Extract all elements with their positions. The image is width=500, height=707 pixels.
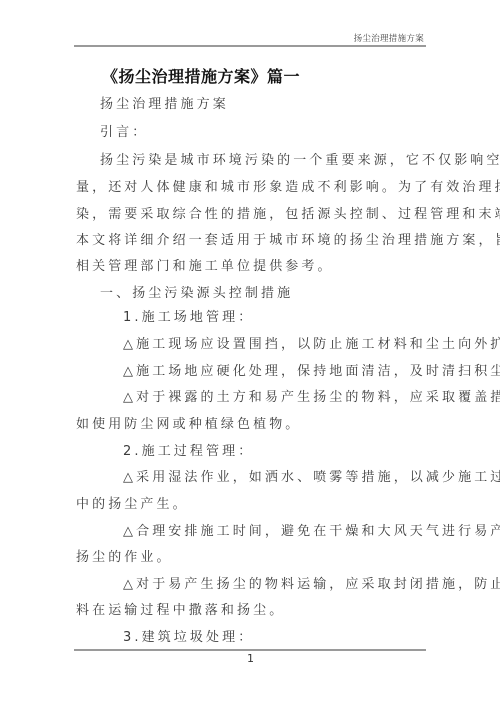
document-title: 《扬尘治理措施方案》篇一 (102, 64, 300, 87)
text-line: 本文将详细介绍一套适用于城市环境的扬尘治理措施方案，旨在为 (76, 233, 500, 249)
text-line: 一、扬尘污染源头控制措施 (100, 286, 293, 302)
text-line: 2.施工过程管理： (123, 444, 254, 460)
text-line: 3.建筑垃圾处理： (123, 630, 254, 646)
text-line: △合理安排施工时间，避免在干燥和大风天气进行易产生 (123, 524, 500, 540)
page-number: 1 (247, 652, 254, 665)
text-line: 1.施工场地管理： (123, 310, 254, 326)
text-line: 扬尘的作业。 (76, 550, 173, 566)
text-line: △对于裸露的土方和易产生扬尘的物料，应采取覆盖措施， (123, 390, 500, 406)
document-page: 扬尘治理措施方案 《扬尘治理措施方案》篇一 扬尘治理措施方案引言：扬尘污染是城市… (0, 0, 500, 707)
text-line: 中的扬尘产生。 (76, 497, 189, 513)
header-divider (74, 45, 426, 47)
text-line: 料在运输过程中撒落和扬尘。 (76, 603, 285, 619)
text-line: 量，还对人体健康和城市形象造成不利影响。为了有效治理扬尘污 (76, 180, 500, 196)
text-line: △施工场地应硬化处理，保持地面清洁，及时清扫积尘。 (123, 364, 500, 380)
running-header: 扬尘治理措施方案 (354, 32, 424, 44)
text-line: 扬尘治理措施方案 (100, 97, 229, 113)
text-line: 扬尘污染是城市环境污染的一个重要来源，它不仅影响空气质 (100, 153, 500, 169)
text-line: 如使用防尘网或种植绿色植物。 (76, 417, 301, 433)
text-line: 引言： (100, 125, 148, 141)
text-line: △施工现场应设置围挡，以防止施工材料和尘土向外扩散。 (123, 337, 500, 353)
footer-divider (74, 649, 426, 651)
text-line: 相关管理部门和施工单位提供参考。 (76, 259, 334, 275)
text-line: 染，需要采取综合性的措施，包括源头控制、过程管理和末端治理。 (76, 207, 500, 223)
text-line: △对于易产生扬尘的物料运输，应采取封闭措施，防止物 (123, 577, 500, 593)
text-line: △采用湿法作业，如洒水、喷雾等措施，以减少施工过程 (123, 470, 500, 486)
